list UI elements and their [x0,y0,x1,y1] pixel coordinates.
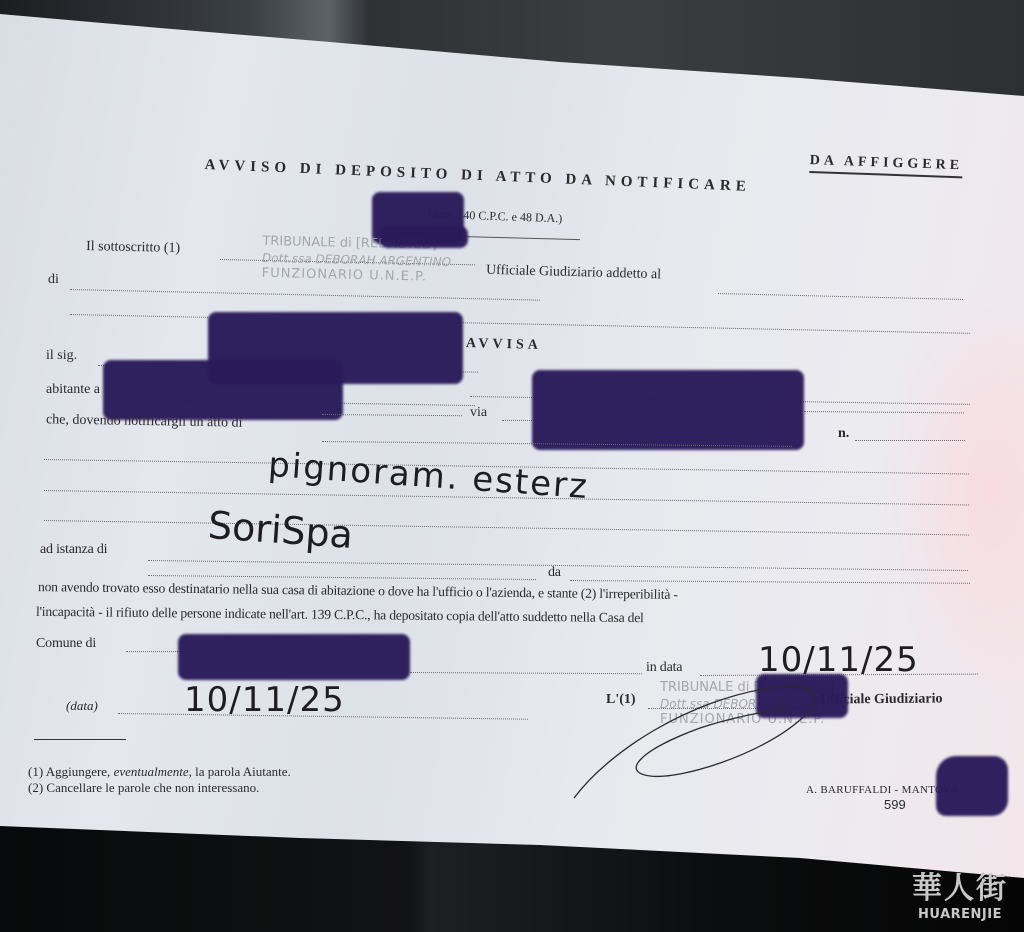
sottoscritto-label: Il sottoscritto (1) [86,239,180,257]
date-handwriting: 10/11/25 [184,680,345,720]
da-label: da [548,565,561,581]
footnote-1: (1) Aggiungere, eventualmente, la parola… [28,764,291,780]
data-label: (data) [66,698,98,714]
form-number: 599 [884,797,906,812]
body-line-2: l'incapacità - il rifiuto delle persone … [36,604,644,626]
site-watermark: 華人街 HUARENJIE [912,863,1008,922]
di-label: di [48,272,59,288]
corner-label: DA AFFIGGERE [809,153,963,178]
redaction-comune [178,634,410,680]
via-label: via [470,405,487,421]
istanza-label: ad istanza di [40,542,107,558]
atto-handwriting: pignoram. esterz [267,445,590,507]
atto-label: che, dovendo notificargli un atto di [46,412,243,431]
n-label: n. [838,426,849,442]
comune-label: Comune di [36,636,96,652]
footnote-divider [34,739,126,740]
signature-scribble [570,680,890,800]
redaction-via [532,370,804,450]
redaction-block [380,226,468,248]
redaction-block [936,756,1008,816]
watermark-chinese: 華人街 [912,863,1008,907]
avvisa-heading: AVVISA [466,336,542,354]
in-data-label: in data [646,660,682,676]
istanza-handwriting: SoriSpa [207,503,355,557]
document-title: AVVISO DI DEPOSITO DI ATTO DA NOTIFICARE [204,157,751,196]
redaction-abitante [103,360,343,420]
body-line-1: non avendo trovato esso destinatario nel… [38,579,678,603]
watermark-latin: HUARENJIE [912,907,1008,922]
notice-document: AVVISO DI DEPOSITO DI ATTO DA NOTIFICARE… [0,0,1024,932]
sig-label: il sig. [46,348,77,364]
footnote-2: (2) Cancellare le parole che non interes… [28,780,259,796]
abitante-label: abitante a [46,382,100,398]
ufficiale-label: Ufficiale Giudiziario addetto al [486,263,661,284]
